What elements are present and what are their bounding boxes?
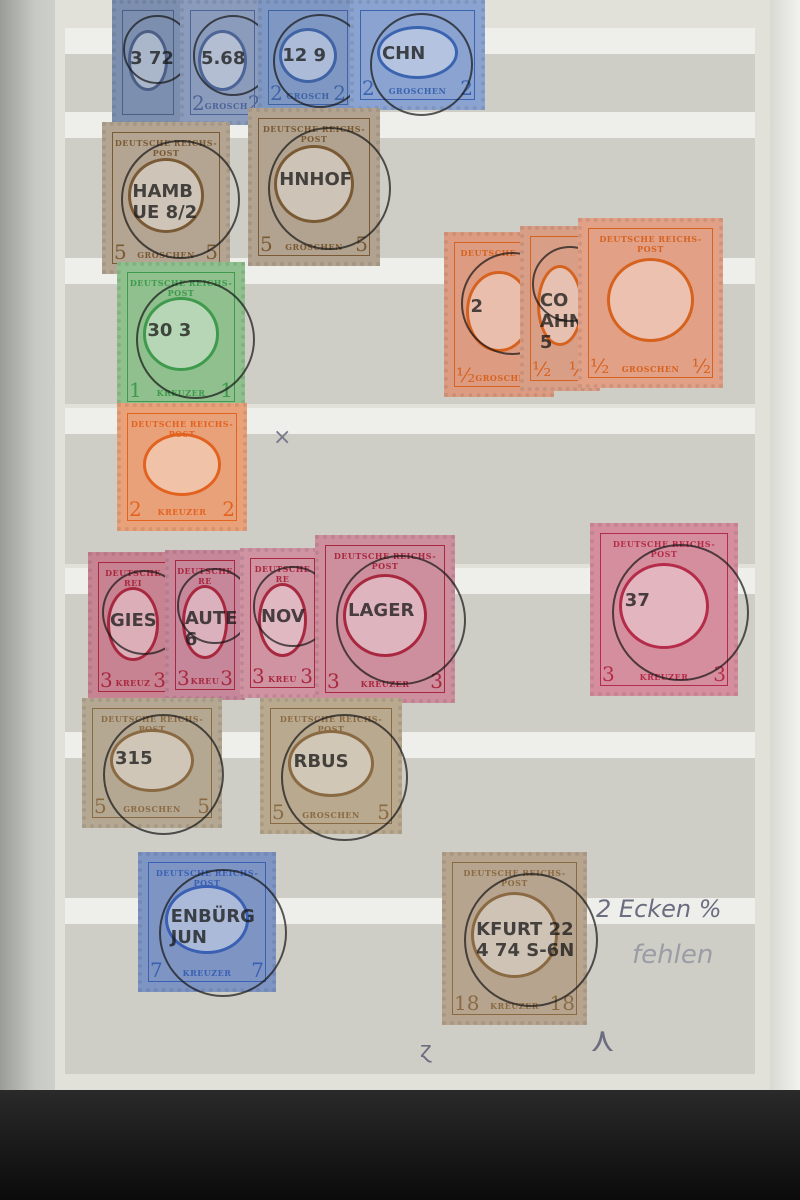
stamp-value-row: 2 GROSCH 2	[192, 93, 253, 113]
stamp-value-right: 7	[251, 960, 264, 980]
stamp-shield-oval	[607, 258, 695, 342]
stamp: DEUTSCHE REICHS-POST 5 GROSCHEN 5 HAMB U…	[102, 122, 230, 274]
postmark-text: 30 3	[147, 320, 191, 341]
stamp-value-right: 3	[220, 668, 233, 688]
stamp-value-row: 3 KREUZER 3	[327, 671, 443, 691]
postmark-text: KFURT 22 4 74 S-6N	[476, 919, 583, 961]
stamp-value-row: 7 KREUZER 7	[150, 960, 264, 980]
stamp-inscription: DEUTSCHE REI	[100, 568, 166, 588]
pencil-mark-bottom-right: ⋏	[590, 1020, 615, 1060]
stamp-value-left: 5	[260, 234, 273, 254]
stamp-value-right: 3	[300, 666, 313, 686]
stamp-currency: KREU	[191, 677, 220, 685]
stamp-value-left: 7	[150, 960, 163, 980]
stamp: DEUTSCHE RE 3 KREU 3 NOV	[240, 548, 325, 698]
stamp-value-row: 3 KREUZ 3	[100, 670, 166, 690]
stamp-inscription: DEUTSCHE REICHS-POST	[602, 539, 726, 559]
stamp-currency: KREUZ	[115, 679, 150, 687]
stamp-value-row: 1 KREUZER 1	[129, 380, 233, 400]
stamp-value-left: 2	[192, 93, 205, 113]
stamp: 2 GROSCH 2 5.68	[180, 0, 265, 125]
stamp-value-left: 2	[362, 78, 375, 98]
postmark-text: 3 72	[130, 48, 174, 69]
stamp-value-row: 3 KREU 3	[177, 668, 233, 688]
stamp-value-right: 1	[220, 380, 233, 400]
stamp-value-left: 2	[129, 499, 142, 519]
stamp-value-right: 5	[205, 242, 218, 262]
pencil-note-line1: 2 Ecken %	[596, 895, 722, 923]
stamp-value-row: 5 GROSCHEN 5	[272, 802, 390, 822]
stamp-value-left: 3	[252, 666, 265, 686]
stamp-currency: GROSCHEN	[137, 251, 195, 259]
stamp-value-left: 5	[94, 796, 107, 816]
stamp-currency: KREU	[268, 675, 297, 683]
postmark-text: 37	[625, 590, 650, 611]
stamp-inscription: DEUTSCHE REICHS-POST	[272, 714, 390, 734]
stamp-album-photo: 3 72 2 GROSCH 2 5.68 2 GROSCH 2 12 9 2 G…	[0, 0, 800, 1200]
stamp-currency: KREUZER	[157, 389, 206, 397]
stamp-inscription: DEUTSCHE REICHS-POST	[260, 124, 368, 144]
stamp-value-left: 3	[100, 670, 113, 690]
stamp-currency: KREUZER	[361, 680, 410, 688]
stamp-value-row: 5 GROSCHEN 5	[114, 242, 218, 262]
stamp: DEUTSCHE REICHS-POST 5 GROSCHEN 5 HNHOF	[248, 108, 380, 266]
postmark-text: HNHOF	[279, 169, 352, 190]
stamp-currency: KREUZER	[158, 508, 207, 516]
stamp: DEUTSCHE REICHS-POST 5 GROSCHEN 5 315	[82, 698, 222, 828]
stamp-value-left: 18	[454, 993, 479, 1013]
stamp: DEUTSCHE REICHS-POST 18 KREUZER 18 KFURT…	[442, 852, 587, 1025]
stamp-value-left: 3	[602, 664, 615, 684]
stamp: DEUTSCHE REICHS-POST 5 GROSCHEN 5 RBUS	[260, 698, 402, 834]
pencil-mark-bottom-left: ɀ	[420, 1038, 432, 1063]
stamp-value-row: ½ GROSCHEN ½	[590, 356, 711, 376]
stamp-value-left: ½	[456, 365, 475, 385]
stamp-value-right: 5	[377, 802, 390, 822]
stamp-value-row: 5 GROSCHEN 5	[94, 796, 210, 816]
pencil-note-line2: fehlen	[632, 940, 713, 970]
stamp: DEUTSCHE REICHS-POST 1 KREUZER 1 30 3	[117, 262, 245, 412]
stamp: 2 GROSCHEN 2 CHN	[350, 0, 485, 110]
stamp-value-row: 5 GROSCHEN 5	[260, 234, 368, 254]
stamp-value-right: 2	[460, 78, 473, 98]
postmark-text: 5.68	[201, 48, 245, 69]
stamp-value-right: 5	[197, 796, 210, 816]
album-cover-bottom	[0, 1090, 800, 1200]
stamp-value-left: 2	[270, 83, 283, 103]
stamp-value-left: 3	[327, 671, 340, 691]
stamp-currency: KREUZER	[640, 673, 689, 681]
stamp: 2 GROSCH 2 12 9	[258, 0, 358, 115]
stamp-value-right: 3	[430, 671, 443, 691]
postmark-text: GIES	[110, 610, 157, 631]
stamp-inscription: DEUTSCHE RE	[252, 564, 313, 584]
stamp-value-left: 5	[272, 802, 285, 822]
stamp-inscription: DEUTSCHE REICHS-POST	[129, 419, 235, 439]
postmark-text: 2	[470, 296, 483, 317]
stamp: DEUTSCHE REICHS-POST 7 KREUZER 7 ENBÜRG …	[138, 852, 276, 992]
stamp-value-right: 5	[355, 234, 368, 254]
stamp-currency: GROSCHEN	[285, 243, 343, 251]
postmark-text: CHN	[382, 43, 425, 64]
stamp: 3 72	[112, 0, 184, 125]
stamp: DEUTSCHE REICHS-POST 3 KREUZER 3 LAGER	[315, 535, 455, 703]
stamp-value-right: ½	[692, 356, 711, 376]
stamp-inscription: DEUTSCHE RE	[177, 566, 233, 586]
stamp-shield-oval	[143, 433, 221, 495]
stamp-inscription: DEUTSCHE REICHS-POST	[327, 551, 443, 571]
postmark-text: 315	[115, 748, 153, 769]
stamp-inscription: DEUTSCHE REICHS-POST	[129, 278, 233, 298]
postmark-text: ENBÜRG JUN	[171, 906, 272, 948]
stamp-value-row: 18 KREUZER 18	[454, 993, 575, 1013]
postmark-text: AUTE 6	[185, 608, 241, 650]
stamp-value-row	[124, 110, 172, 113]
stamp-value-left: ½	[590, 356, 609, 376]
stamp: DEUTSCHE REICHS-POST ½ GROSCHEN ½	[578, 218, 723, 388]
album-right-edge	[770, 0, 800, 1100]
postmark-text: RBUS	[293, 751, 348, 772]
stamp-inscription: DEUTSCHE REICHS-POST	[94, 714, 210, 734]
stamp-inscription: DEUTSCHE REICHS-POST	[454, 868, 575, 888]
stamp-currency: GROSCH	[205, 102, 248, 110]
stamp: DEUTSCHE REICHS-POST 3 KREUZER 3 37	[590, 523, 738, 696]
stamp-value-row: 2 KREUZER 2	[129, 499, 235, 519]
stamp-inscription: DEUTSCHE REICHS-POST	[114, 138, 218, 158]
stamp-value-right: 18	[550, 993, 575, 1013]
stamp-value-row: 3 KREUZER 3	[602, 664, 726, 684]
stamp-value-row: 2 GROSCH 2	[270, 83, 346, 103]
postmark-text: LAGER	[348, 600, 414, 621]
stamp-inscription: DEUTSCHE REICHS-POST	[150, 868, 264, 888]
stamp-value-row: 3 KREU 3	[252, 666, 313, 686]
stamp-value-right: 3	[713, 664, 726, 684]
stamp-value-right: 2	[333, 83, 346, 103]
stamp-currency: KREUZER	[183, 969, 232, 977]
stamp: DEUTSCHE REICHS-POST 2 KREUZER 2	[117, 403, 247, 531]
stamp-value-left: 5	[114, 242, 127, 262]
stamp-currency: GROSCH	[286, 92, 329, 100]
stamp-currency: KREUZER	[490, 1002, 539, 1010]
stamp-value-left: 1	[129, 380, 142, 400]
postmark-text: HAMB UE 8/2	[132, 181, 226, 223]
stamp-currency: GROSCHEN	[123, 805, 181, 813]
stamp-currency: GROSCHEN	[622, 365, 680, 373]
pencil-mark-x: ×	[273, 425, 291, 450]
stamp-currency: GROSCHEN	[389, 87, 447, 95]
stamp-value-right: 2	[222, 499, 235, 519]
stamp-value-left: ½	[532, 359, 551, 379]
stamp-inscription: DEUTSCHE REICHS-POST	[590, 234, 711, 254]
stamp-value-row: 2 GROSCHEN 2	[362, 78, 473, 98]
postmark-text: NOV	[261, 606, 305, 627]
postmark-text: 12 9	[282, 45, 326, 66]
stamp: DEUTSCHE RE 3 KREU 3 AUTE 6	[165, 550, 245, 700]
stamp-currency: GROSCHEN	[302, 811, 360, 819]
stamp-value-left: 3	[177, 668, 190, 688]
